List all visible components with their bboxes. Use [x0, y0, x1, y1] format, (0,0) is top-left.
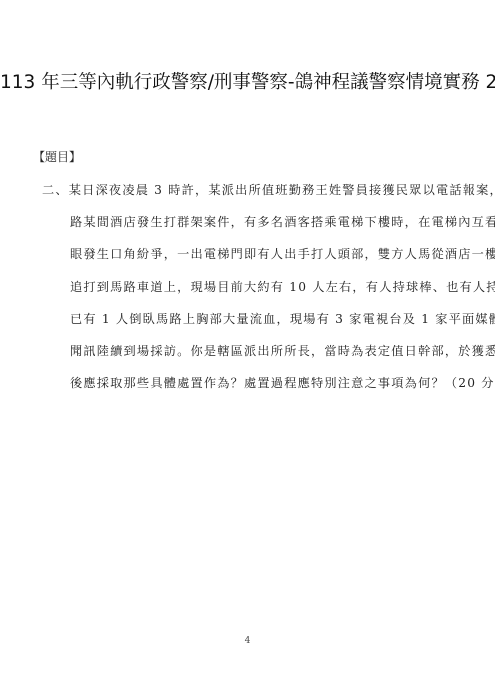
question-line: 路某間酒店發生打群架案件，有多名酒客搭乘電梯下樓時，在電梯內互看不順 [42, 212, 462, 244]
page-number: 4 [0, 636, 495, 646]
question-line: 追打到馬路車道上，現場目前大約有 10 人左右，有人持球棒、也有人持刀械， [42, 277, 462, 309]
question-line: 已有 1 人倒臥馬路上胸部大量流血，現場有 3 家電視台及 1 家平面媒體記者 [42, 309, 462, 341]
question-line: 後應採取那些具體處置作為？處置過程應特別注意之事項為何？（20 分） [42, 373, 462, 405]
question-line: 聞訊陸續到場採訪。你是轄區派出所所長，當時為表定值日幹部，於獲悉案情 [42, 341, 462, 373]
document-title: 113 年三等內軌行政警察/刑事警察-鴿神程議警察情境實務 2 [0, 68, 495, 94]
question-line: 二、某日深夜凌晨 3 時許，某派出所值班勤務王姓警員接獲民眾以電話報案，報稱：中… [42, 180, 462, 212]
section-label-question: 【題目】 [33, 148, 81, 165]
question-line: 眼發生口角紛爭，一出電梯門即有人出手打人頭部，雙方人馬從酒店一樓大廳 [42, 244, 462, 276]
question-body: 二、某日深夜凌晨 3 時許，某派出所值班勤務王姓警員接獲民眾以電話報案，報稱：中… [42, 180, 462, 405]
